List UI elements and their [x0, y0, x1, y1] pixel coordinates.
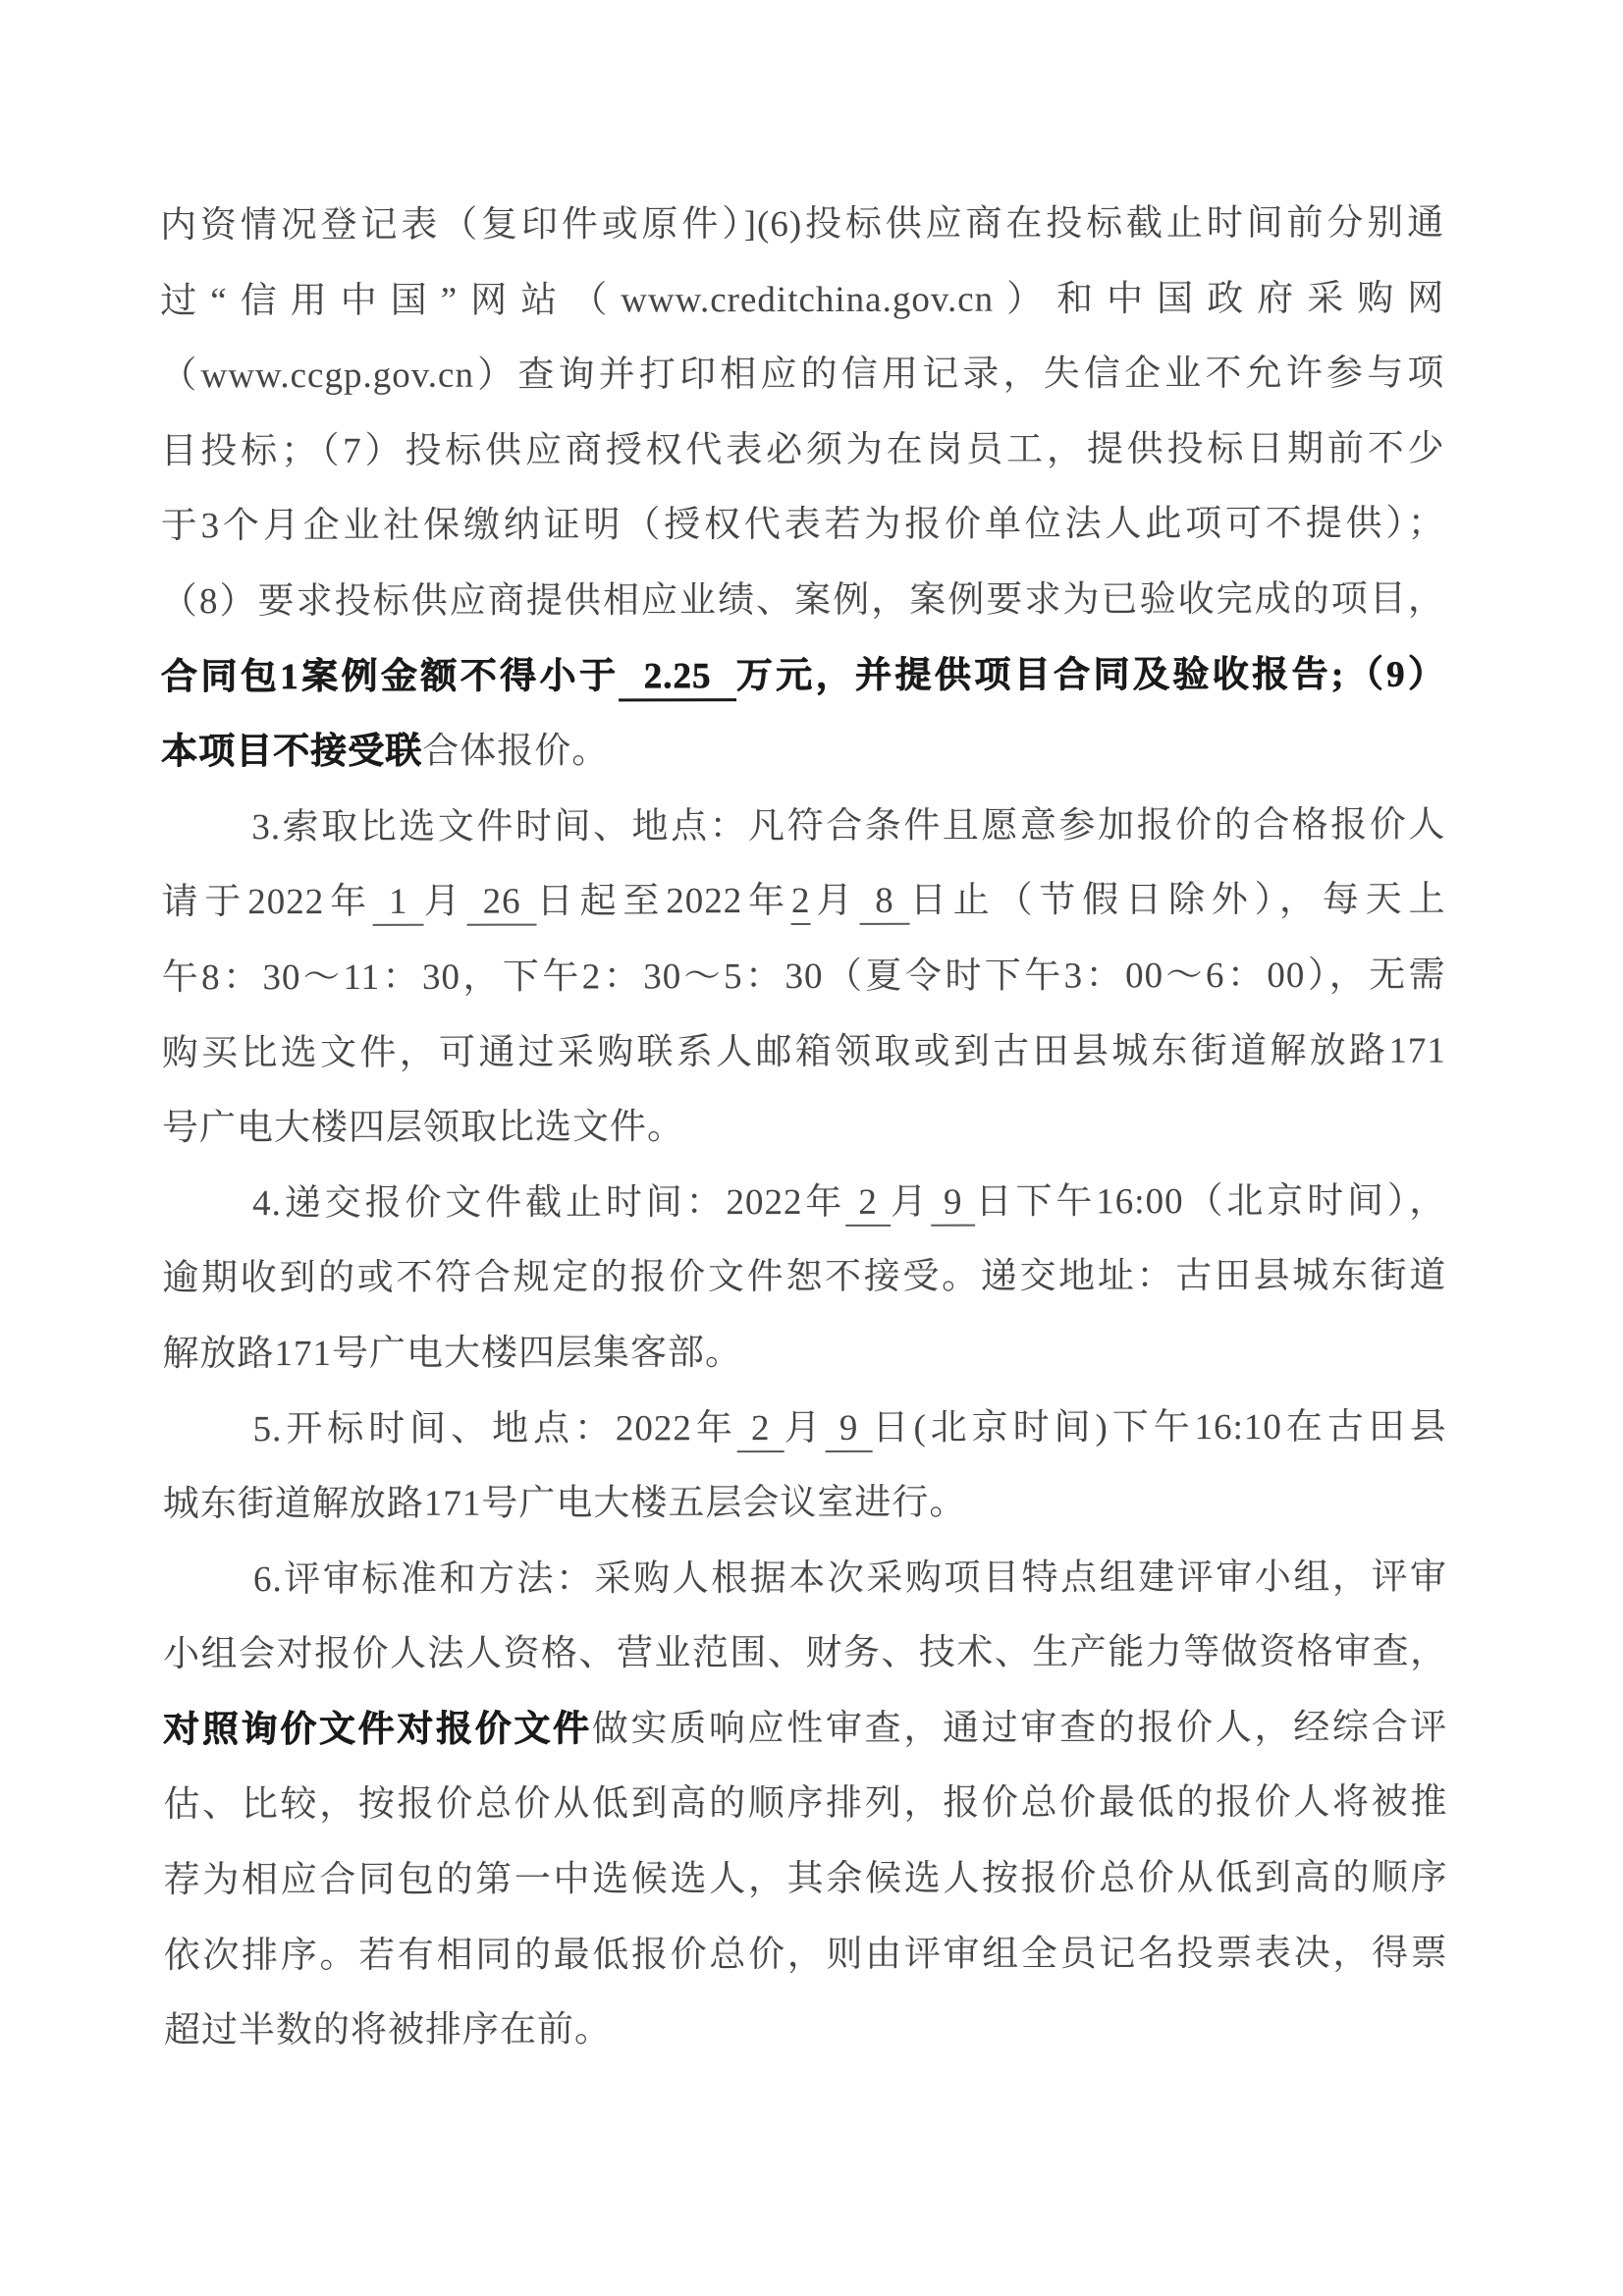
text-segment: 小组会对报价人法人资格、营业范围、财务、技术、生产能力等做资格审查， — [163, 1632, 1447, 1675]
text-line: 本项目不接受联合体报价。 — [161, 713, 1445, 791]
text-line: 解放路171号广电大楼四层集客部。 — [162, 1315, 1446, 1393]
text-segment: （8）要求投标供应商提供相应业绩、案例，案例要求为已验收完成的项目， — [161, 579, 1445, 623]
text-line: 小组会对报价人法人资格、营业范围、财务、技术、生产能力等做资格审查， — [163, 1615, 1447, 1693]
text-line: 于3个月企业社保缴纳证明（授权代表若为报价单位法人此项可不提供）； — [161, 487, 1445, 565]
text-line: 6.评审标准和方法：采购人根据本次采购项目特点组建评审小组，评审 — [163, 1540, 1447, 1617]
text-segment: 午8：30～11：30，下午2：30～5：30（夏令时下午3：00～6：00），… — [162, 956, 1446, 999]
text-segment: 5.开标时间、地点：2022年 — [253, 1408, 737, 1449]
text-line: 目投标；（7）投标供应商授权代表必须为在岗员工，提供投标日期前不少 — [160, 411, 1444, 489]
text-segment: 日起至2022年 — [537, 881, 791, 922]
text-line: 过“信用中国”网站（www.creditchina.gov.cn）和中国政府采购… — [160, 261, 1444, 339]
text-segment: 4.递交报价文件截止时间：2022年 — [252, 1182, 845, 1224]
filled-blank: 2 — [737, 1408, 784, 1452]
text-segment: （www.ccgp.gov.cn）查询并打印相应的信用记录，失信企业不允许参与项 — [160, 354, 1444, 397]
text-segment: 对照询价文件对报价文件 — [163, 1709, 592, 1750]
text-segment: 内资情况登记表（复印件或原件）](6)投标供应商在投标截止时间前分别通 — [160, 203, 1444, 246]
text-segment: 估、比较，按报价总价从低到高的顺序排列，报价总价最低的报价人将被推 — [163, 1782, 1447, 1826]
text-segment: 日止（节假日除外），每天上 — [910, 880, 1446, 921]
text-line: 对照询价文件对报价文件做实质响应性审查，通过审查的报价人，经综合评 — [163, 1691, 1447, 1769]
filled-blank: 2.25 — [619, 656, 735, 701]
text-segment: 购买比选文件，可通过采购联系人邮箱领取或到古田县城东街道解放路171 — [162, 1030, 1446, 1073]
text-line: 5.开标时间、地点：2022年 2 月 9 日(北京时间)下午16:10在古田县 — [163, 1390, 1447, 1467]
text-line: 内资情况登记表（复印件或原件）](6)投标供应商在投标截止时间前分别通 — [160, 187, 1444, 264]
text-segment: 做实质响应性审查，通过审查的报价人，经综合评 — [592, 1708, 1448, 1750]
text-line: （8）要求投标供应商提供相应业绩、案例，案例要求为已验收完成的项目， — [161, 563, 1445, 640]
document-page: 内资情况登记表（复印件或原件）](6)投标供应商在投标截止时间前分别通过“信用中… — [0, 0, 1623, 2296]
text-segment: 于3个月企业社保缴纳证明（授权代表若为报价单位法人此项可不提供）； — [161, 504, 1445, 547]
text-line: 合同包1案例金额不得小于 2.25 万元，并提供项目合同及验收报告;（9） — [161, 637, 1445, 715]
filled-blank: 1 — [373, 882, 424, 926]
text-segment: 月 — [891, 1181, 931, 1222]
text-line: （www.ccgp.gov.cn）查询并打印相应的信用记录，失信企业不允许参与项 — [160, 337, 1444, 414]
filled-blank: 2 — [791, 881, 811, 925]
filled-blank: 9 — [826, 1407, 873, 1451]
text-line: 逾期收到的或不符合规定的报价文件恕不接受。递交地址：古田县城东街道 — [162, 1239, 1446, 1317]
text-segment: 月 — [424, 882, 467, 922]
text-segment: 号广电大楼四层领取比选文件。 — [162, 1107, 684, 1148]
text-line: 超过半数的将被排序在前。 — [164, 1992, 1448, 2069]
text-line: 午8：30～11：30，下午2：30～5：30（夏令时下午3：00～6：00），… — [162, 939, 1446, 1016]
text-line: 购买比选文件，可通过采购联系人邮箱领取或到古田县城东街道解放路171 — [162, 1013, 1446, 1091]
text-segment: 万元，并提供项目合同及验收报告;（9） — [736, 654, 1445, 696]
text-segment: 合同包1案例金额不得小于 — [161, 656, 620, 697]
text-segment: 城东街道解放路171号广电大楼五层会议室进行。 — [163, 1483, 967, 1525]
text-segment: 本项目不接受联 — [161, 732, 422, 773]
text-segment: 日(北京时间)下午16:10在古田县 — [872, 1406, 1446, 1448]
text-segment: 过“信用中国”网站（www.creditchina.gov.cn）和中国政府采购… — [160, 278, 1444, 321]
text-line: 号广电大楼四层领取比选文件。 — [162, 1089, 1446, 1167]
filled-blank: 26 — [466, 882, 536, 926]
text-segment: 解放路171号广电大楼四层集客部。 — [162, 1333, 742, 1374]
text-segment: 目投标；（7）投标供应商授权代表必须为在岗员工，提供投标日期前不少 — [161, 428, 1445, 471]
text-line: 请于2022年 1 月 26 日起至2022年2月 8 日止（节假日除外），每天… — [161, 863, 1445, 941]
text-segment: 3.索取比选文件时间、地点：凡符合条件且愿意参加报价的合格报价人 — [251, 804, 1445, 847]
text-segment: 超过半数的将被排序在前。 — [164, 2010, 612, 2051]
document-body: 内资情况登记表（复印件或原件）](6)投标供应商在投标截止时间前分别通过“信用中… — [160, 187, 1448, 2070]
filled-blank: 9 — [931, 1181, 976, 1226]
text-segment: 合体报价。 — [422, 732, 609, 772]
text-line: 估、比较，按报价总价从低到高的顺序排列，报价总价最低的报价人将被推 — [163, 1766, 1447, 1843]
text-line: 城东街道解放路171号广电大楼五层会议室进行。 — [163, 1465, 1447, 1543]
text-segment: 请于2022年 — [161, 882, 372, 922]
filled-blank: 2 — [845, 1182, 891, 1227]
text-segment: 依次排序。若有相同的最低报价总价，则由评审组全员记名投票表决，得票 — [164, 1933, 1448, 1976]
text-segment: 日下午16:00（北京时间）， — [976, 1180, 1447, 1222]
text-segment: 逾期收到的或不符合规定的报价文件恕不接受。递交地址：古田县城东街道 — [162, 1256, 1446, 1299]
text-segment: 6.评审标准和方法：采购人根据本次采购项目特点组建评审小组，评审 — [253, 1557, 1447, 1600]
text-line: 依次排序。若有相同的最低报价总价，则由评审组全员记名投票表决，得票 — [164, 1916, 1448, 1994]
text-segment: 月 — [810, 881, 859, 921]
text-line: 3.索取比选文件时间、地点：凡符合条件且愿意参加报价的合格报价人 — [161, 788, 1445, 865]
text-segment: 月 — [784, 1407, 826, 1448]
text-line: 荐为相应合同包的第一中选候选人，其余候选人按报价总价从低到高的顺序 — [164, 1841, 1448, 1919]
text-segment: 荐为相应合同包的第一中选候选人，其余候选人按报价总价从低到高的顺序 — [164, 1858, 1448, 1901]
filled-blank: 8 — [859, 881, 910, 925]
text-line: 4.递交报价文件截止时间：2022年 2 月 9 日下午16:00（北京时间）， — [162, 1164, 1446, 1241]
